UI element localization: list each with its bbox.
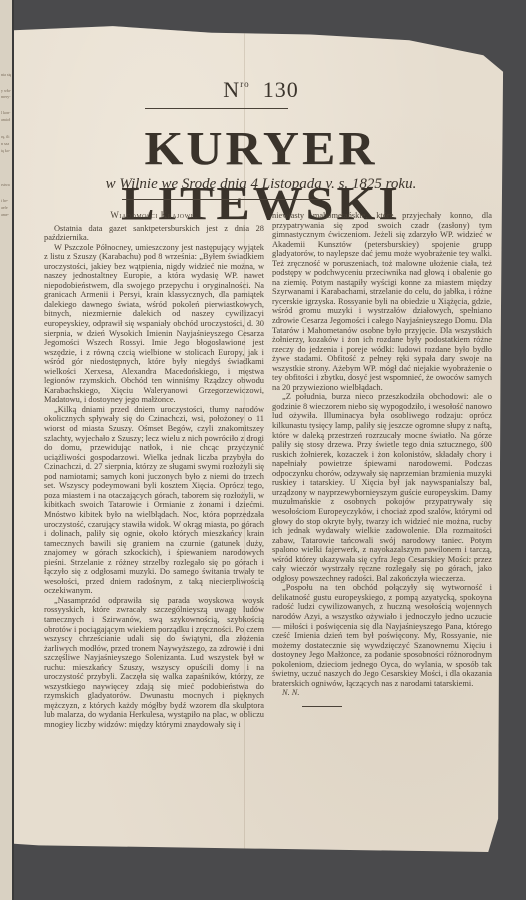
paragraph: „Nasamprzód odprawiła się parada woyskow… [44, 596, 264, 730]
paragraph: W Pszczole Północney, umieszczony jest n… [44, 243, 264, 405]
adjacent-page-fragment: n sza [1, 141, 11, 146]
adjacent-page-fragment: y wła- [1, 88, 11, 93]
adjacent-page-edge: nia się y wła- mery- l kon- amioł rę, il… [0, 0, 14, 900]
adjacent-page-fragment: l kon- [1, 110, 11, 115]
dateline: w Wilnie we Srodę dnia 4 Listopada v. s.… [14, 176, 508, 193]
article-column-right: niewiasty mahometańskie, które przyjecha… [272, 211, 492, 707]
issue-number-sup: ro [240, 79, 250, 89]
adjacent-page-fragment: rę, ili [1, 134, 11, 139]
paragraph: „Z południa, burza nieco przeszkodziła o… [272, 392, 492, 583]
adjacent-page-fragment: i be- [1, 198, 11, 203]
masthead-rule-top [145, 108, 288, 109]
masthead-rule-bottom [122, 199, 330, 200]
adjacent-page-fragment: ię ko- [1, 148, 11, 153]
paragraph: „Kilką dniami przed dniem uroczystości, … [44, 405, 264, 596]
adjacent-page-fragment: aefe [1, 205, 11, 210]
article-column-left: Wiadomości Krajowe. Ostatnia data gazet … [44, 211, 264, 730]
issue-number-prefix: N [223, 77, 240, 102]
adjacent-page-fragment: mery- [1, 94, 11, 99]
article-end-rule [302, 706, 342, 707]
paragraph: Ostatnia data gazet sanktpetersburskich … [44, 224, 264, 243]
newspaper-page: Nro 130 KURYER LITEWSKI w Wilnie we Srod… [14, 22, 508, 852]
adjacent-page-fragment: rstwa [1, 182, 11, 187]
issue-number-value: 130 [263, 77, 299, 102]
section-heading: Wiadomości Krajowe. [44, 211, 264, 221]
paragraph: „Pospołu na ten obchód połączyły się wyt… [272, 583, 492, 688]
adjacent-page-fragment: ame- [1, 212, 11, 217]
author-signature: N. N. [272, 688, 492, 698]
paragraph: niewiasty mahometańskie, które przyjecha… [272, 211, 492, 392]
adjacent-page-fragment: nia się [1, 72, 11, 77]
adjacent-page-fragment: amioł [1, 117, 11, 122]
issue-number: Nro 130 [14, 77, 508, 103]
